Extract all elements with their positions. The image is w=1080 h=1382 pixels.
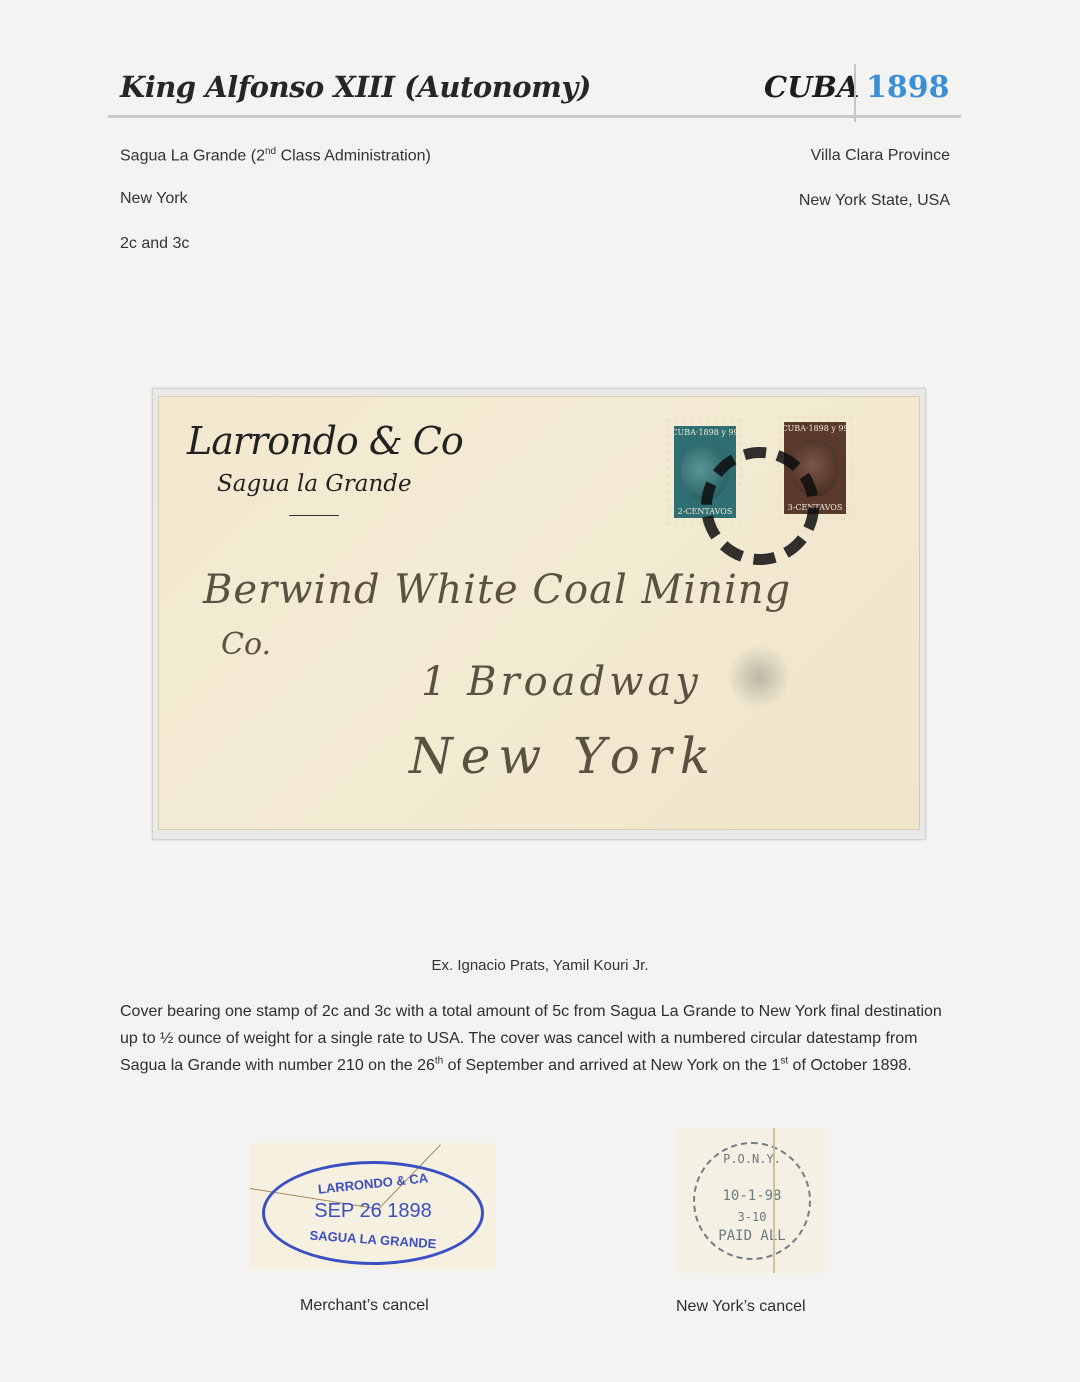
address-line: Berwind White Coal Mining <box>203 567 791 613</box>
header-divider <box>854 64 856 122</box>
description-text: of September and arrived at New York on … <box>443 1057 780 1074</box>
ordinal: th <box>435 1056 443 1067</box>
stamp-values: 2c and 3c <box>120 235 189 253</box>
origin-office: Sagua La Grande (2nd Class Administratio… <box>120 146 431 165</box>
description-text: of October 1898. <box>788 1057 912 1074</box>
destination-region: New York State, USA <box>799 192 950 210</box>
envelope-cover: Larrondo & Co Sagua la Grande CUBA·1898 … <box>158 396 920 830</box>
address-line: New York <box>409 727 718 785</box>
paper-crease <box>773 1128 775 1273</box>
origin-region: Villa Clara Province <box>811 147 950 165</box>
letterhead-rule <box>289 515 339 516</box>
letterhead-name: Larrondo & Co <box>187 419 463 463</box>
country-label: CUBA <box>764 70 859 104</box>
ink-smudge <box>729 642 789 712</box>
address-line: 1 Broadway <box>421 659 702 705</box>
ordinal: st <box>780 1056 788 1067</box>
new-york-cancel-caption: New York’s cancel <box>676 1298 806 1316</box>
origin-ordinal: nd <box>265 146 276 157</box>
page-title: King Alfonso XIII (Autonomy) <box>120 70 591 104</box>
new-york-cancel-image: P.O.N.Y. 10-1-98 3-10 PAID ALL <box>675 1128 825 1273</box>
stamp-3c-top: CUBA·1898 y 99 <box>781 422 848 435</box>
datestamp-time: 3-10 <box>695 1210 809 1224</box>
datestamp-office: P.O.N.Y. <box>695 1152 809 1166</box>
handstamp-city: SAGUA LA GRANDE <box>265 1224 482 1254</box>
merchant-cancel-caption: Merchant’s cancel <box>300 1297 429 1315</box>
merchant-cancel-image: LARRONDO & CA SEP 26 1898 SAGUA LA GRAND… <box>250 1143 496 1269</box>
circular-datestamp: P.O.N.Y. 10-1-98 3-10 PAID ALL <box>693 1142 811 1260</box>
year-label: 1898 <box>866 70 950 105</box>
provenance: Ex. Ignacio Prats, Yamil Kouri Jr. <box>0 957 1080 974</box>
datestamp-date: 10-1-98 <box>695 1188 809 1204</box>
origin-class: Class Administration) <box>276 147 431 164</box>
oval-handstamp: LARRONDO & CA SEP 26 1898 SAGUA LA GRAND… <box>262 1161 484 1265</box>
destination: New York <box>120 190 188 208</box>
letterhead-city: Sagua la Grande <box>217 471 412 497</box>
datestamp-paid: PAID ALL <box>695 1228 809 1244</box>
stamp-2c-top: CUBA·1898 y 99 <box>671 426 738 439</box>
address-line: Co. <box>221 627 271 662</box>
header-rule <box>108 115 961 118</box>
description: Cover bearing one stamp of 2c and 3c wit… <box>120 998 960 1079</box>
handstamp-date: SEP 26 1898 <box>265 1200 481 1223</box>
origin-text: Sagua La Grande (2 <box>120 147 265 164</box>
handstamp-firm: LARRONDO & CA <box>265 1165 481 1202</box>
